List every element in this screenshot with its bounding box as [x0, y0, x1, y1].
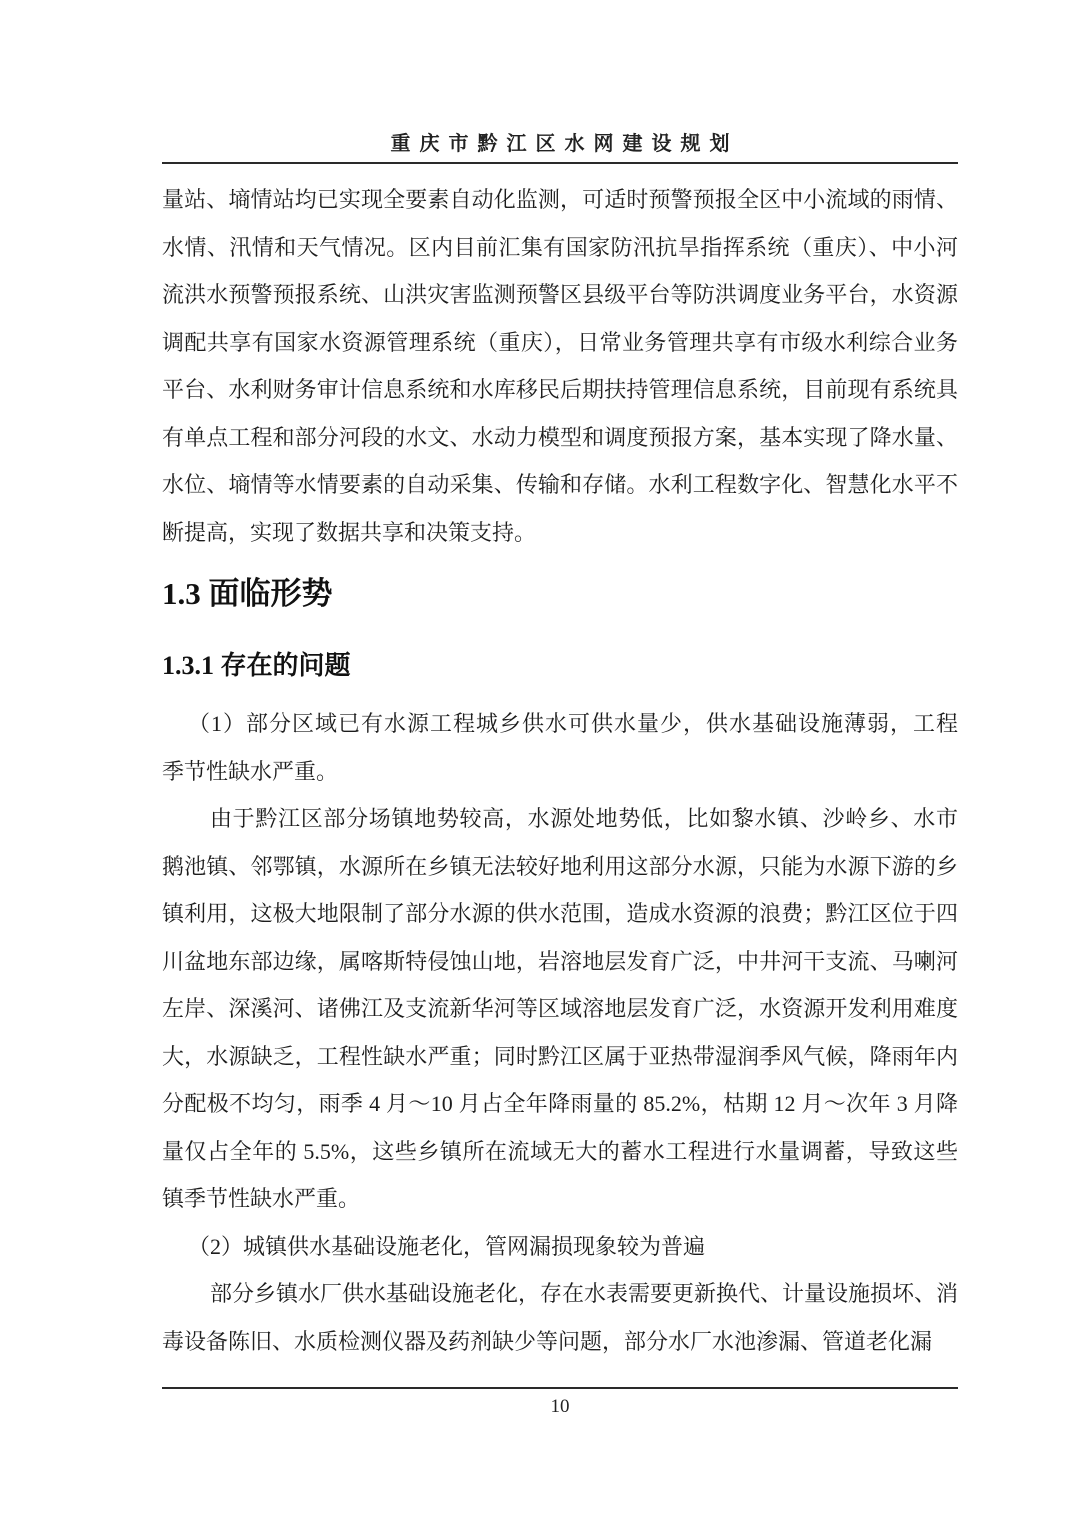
- text-line: 水情、汛情和天气情况。区内目前汇集有国家防汛抗旱指挥系统（重庆）、中小河: [162, 224, 958, 272]
- text-line: （1）部分区域已有水源工程城乡供水可供水量少，供水基础设施薄弱，工程性、: [162, 700, 958, 748]
- text-line: 鹅池镇、邻鄂镇，水源所在乡镇无法较好地利用这部分水源，只能为水源下游的乡: [162, 843, 958, 891]
- text-line: 季节性缺水严重。: [162, 748, 958, 796]
- text-line: 平台、水利财务审计信息系统和水库移民后期扶持管理信息系统，目前现有系统具: [162, 366, 958, 414]
- header-rule: [162, 162, 958, 164]
- text-line: 断提高，实现了数据共享和决策支持。: [162, 509, 958, 557]
- footer-rule: [162, 1387, 958, 1389]
- paragraph-problem-1: （1）部分区域已有水源工程城乡供水可供水量少，供水基础设施薄弱，工程性、季节性缺…: [162, 700, 958, 795]
- page-body: 量站、墒情站均已实现全要素自动化监测，可适时预警预报全区中小流域的雨情、水情、汛…: [162, 176, 958, 1365]
- section-heading-1-3: 1.3 面临形势: [162, 572, 958, 616]
- paragraph-problem-2: （2）城镇供水基础设施老化，管网漏损现象较为普遍: [162, 1223, 958, 1271]
- text-line: 镇季节性缺水严重。: [162, 1175, 958, 1223]
- page-footer: 10: [0, 1387, 1074, 1421]
- text-line: （2）城镇供水基础设施老化，管网漏损现象较为普遍: [162, 1223, 958, 1271]
- paragraph-problem-2-detail: 部分乡镇水厂供水基础设施老化，存在水表需要更新换代、计量设施损坏、消毒设备陈旧、…: [162, 1270, 958, 1365]
- text-line: 调配共享有国家水资源管理系统（重庆），日常业务管理共享有市级水利综合业务: [162, 319, 958, 367]
- document-title: 重庆市黔江区水网建设规划: [162, 0, 958, 158]
- text-line: 左岸、深溪河、诸佛江及支流新华河等区域溶地层发育广泛，水资源开发利用难度: [162, 985, 958, 1033]
- page-number: 10: [162, 1393, 958, 1421]
- paragraph-problem-1-detail: 由于黔江区部分场镇地势较高，水源处地势低，比如黎水镇、沙岭乡、水市镇、鹅池镇、邻…: [162, 795, 958, 1223]
- text-line: 量站、墒情站均已实现全要素自动化监测，可适时预警预报全区中小流域的雨情、: [162, 176, 958, 224]
- text-line: 有单点工程和部分河段的水文、水动力模型和调度预报方案，基本实现了降水量、: [162, 414, 958, 462]
- text-line: 流洪水预警预报系统、山洪灾害监测预警区县级平台等防洪调度业务平台，水资源: [162, 271, 958, 319]
- document-page: 重庆市黔江区水网建设规划 量站、墒情站均已实现全要素自动化监测，可适时预警预报全…: [0, 0, 1074, 1520]
- text-line: 由于黔江区部分场镇地势较高，水源处地势低，比如黎水镇、沙岭乡、水市镇、: [162, 795, 958, 843]
- text-line: 分配极不均匀，雨季 4 月～10 月占全年降雨量的 85.2%，枯期 12 月～…: [162, 1080, 958, 1128]
- paragraph-monitoring-systems: 量站、墒情站均已实现全要素自动化监测，可适时预警预报全区中小流域的雨情、水情、汛…: [162, 176, 958, 556]
- text-line: 镇利用，这极大地限制了部分水源的供水范围，造成水资源的浪费；黔江区位于四: [162, 890, 958, 938]
- text-line: 毒设备陈旧、水质检测仪器及药剂缺少等问题，部分水厂水池渗漏、管道老化漏水，: [162, 1318, 958, 1366]
- text-line: 大，水源缺乏，工程性缺水严重；同时黔江区属于亚热带湿润季风气候，降雨年内: [162, 1033, 958, 1081]
- text-line: 量仅占全年的 5.5%，这些乡镇所在流域无大的蓄水工程进行水量调蓄，导致这些乡: [162, 1128, 958, 1176]
- text-line: 部分乡镇水厂供水基础设施老化，存在水表需要更新换代、计量设施损坏、消: [162, 1270, 958, 1318]
- text-line: 川盆地东部边缘，属喀斯特侵蚀山地，岩溶地层发育广泛，中井河干支流、马喇河: [162, 938, 958, 986]
- subsection-heading-1-3-1: 1.3.1 存在的问题: [162, 648, 958, 684]
- text-line: 水位、墒情等水情要素的自动采集、传输和存储。水利工程数字化、智慧化水平不: [162, 461, 958, 509]
- page-header: 重庆市黔江区水网建设规划: [0, 0, 1074, 164]
